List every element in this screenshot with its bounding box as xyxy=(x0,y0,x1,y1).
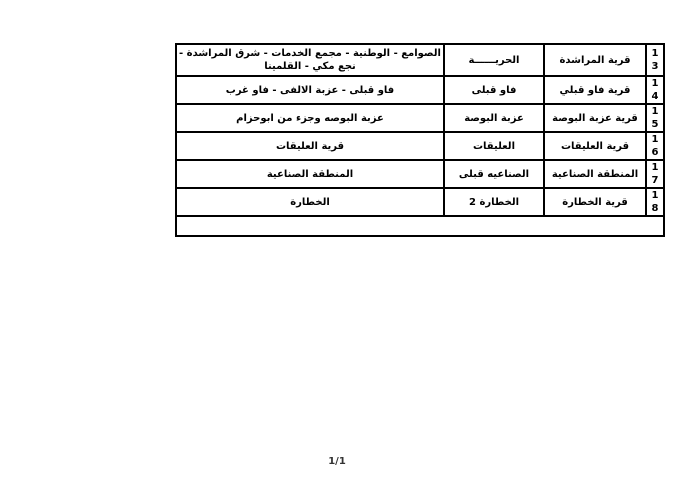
row-number-cell: 16 xyxy=(646,132,664,160)
district-cell: فاو قبلى xyxy=(444,76,544,104)
coverage-table-footer xyxy=(176,216,664,236)
village-name-cell: قرية العليقات xyxy=(544,132,646,160)
document-page: 13 قرية المراشدة الحريــــــة الصوامع - … xyxy=(0,0,674,485)
table-row: 15 قرية عزبة البوصة عزبة البوصة عزبة الب… xyxy=(176,104,664,132)
district-cell: العليقات xyxy=(444,132,544,160)
village-name-cell: المنطقة الصناعية xyxy=(544,160,646,188)
district-cell: الخطارة 2 xyxy=(444,188,544,216)
row-number-cell: 14 xyxy=(646,76,664,104)
empty-cell xyxy=(176,216,664,236)
page-number: 1/1 xyxy=(0,456,674,467)
empty-row xyxy=(176,216,664,236)
village-name-cell: قرية الخطارة xyxy=(544,188,646,216)
row-number-cell: 13 xyxy=(646,44,664,76)
village-name-cell: قرية المراشدة xyxy=(544,44,646,76)
row-number-cell: 15 xyxy=(646,104,664,132)
coverage-areas-cell: الخطارة xyxy=(176,188,444,216)
district-cell: الحريــــــة xyxy=(444,44,544,76)
coverage-areas-cell: المنطقة الصناعية xyxy=(176,160,444,188)
row-number-cell: 17 xyxy=(646,160,664,188)
table-row: 18 قرية الخطارة الخطارة 2 الخطارة xyxy=(176,188,664,216)
table-row: 13 قرية المراشدة الحريــــــة الصوامع - … xyxy=(176,44,664,76)
district-cell: عزبة البوصة xyxy=(444,104,544,132)
table-row: 16 قرية العليقات العليقات قرية العليقات xyxy=(176,132,664,160)
coverage-areas-cell: قرية العليقات xyxy=(176,132,444,160)
row-number-cell: 18 xyxy=(646,188,664,216)
coverage-table: 13 قرية المراشدة الحريــــــة الصوامع - … xyxy=(175,43,665,237)
coverage-areas-cell: الصوامع - الوطنية - مجمع الخدمات - شرق ا… xyxy=(176,44,444,76)
coverage-table-body: 13 قرية المراشدة الحريــــــة الصوامع - … xyxy=(176,44,664,216)
district-cell: الصناعيه قبلى xyxy=(444,160,544,188)
table-row: 17 المنطقة الصناعية الصناعيه قبلى المنطق… xyxy=(176,160,664,188)
table-row: 14 قرية فاو قبلي فاو قبلى فاو قبلى - عزب… xyxy=(176,76,664,104)
village-name-cell: قرية عزبة البوصة xyxy=(544,104,646,132)
coverage-areas-cell: عزبة البوصه وجزء من ابوحزام xyxy=(176,104,444,132)
coverage-areas-cell: فاو قبلى - عزبة الالفى - فاو غرب xyxy=(176,76,444,104)
village-name-cell: قرية فاو قبلي xyxy=(544,76,646,104)
